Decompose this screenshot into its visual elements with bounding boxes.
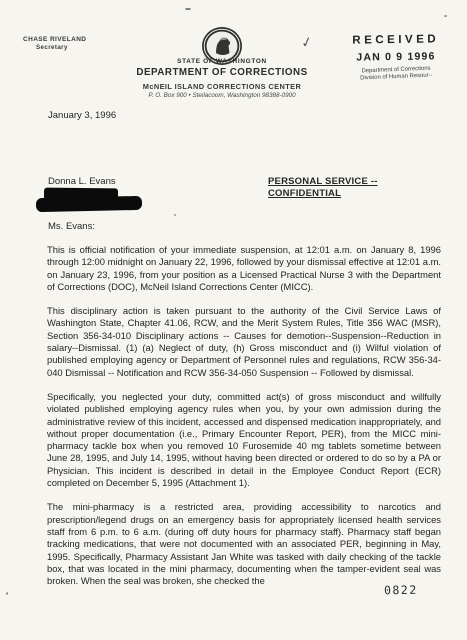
scan-speck	[6, 592, 8, 595]
facility-address: P. O. Box 900 • Steilacoom, Washington 9…	[72, 92, 372, 99]
official-title: Secretary	[23, 44, 86, 52]
salutation: Ms. Evans:	[48, 221, 95, 232]
letter-body: This is official notification of your im…	[47, 244, 441, 599]
paragraph-authority: This disciplinary action is taken pursua…	[47, 305, 441, 379]
received-stamp: RECEIVED JAN 0 9 1996 Department of Corr…	[338, 33, 455, 81]
service-label-line2: CONFIDENTIAL	[268, 188, 341, 199]
scan-speck	[185, 8, 191, 10]
scan-speck	[174, 214, 176, 216]
redacted-address-bar	[36, 196, 142, 212]
paragraph-specifics: Specifically, you neglected your duty, c…	[47, 391, 441, 489]
letterhead-official-block: CHASE RIVELAND Secretary	[23, 36, 86, 52]
received-stamp-dept: Department of Corrections Division of Hu…	[338, 65, 454, 83]
official-name: CHASE RIVELAND	[23, 36, 86, 44]
recipient-name: Donna L. Evans	[48, 176, 116, 187]
state-line: STATE OF WASHINGTON	[72, 58, 372, 65]
service-label: PERSONAL SERVICE -- CONFIDENTIAL	[268, 176, 378, 200]
scanned-letter-page: CHASE RIVELAND Secretary STATE OF WASHIN…	[0, 0, 467, 640]
letter-date: January 3, 1996	[48, 110, 116, 121]
service-label-line1: PERSONAL SERVICE --	[268, 176, 378, 187]
letterhead-center: STATE OF WASHINGTON DEPARTMENT OF CORREC…	[72, 58, 372, 99]
received-stamp-date: JAN 0 9 1996	[338, 50, 454, 64]
facility-name: McNEIL ISLAND CORRECTIONS CENTER	[72, 82, 372, 91]
paragraph-notification: This is official notification of your im…	[47, 244, 441, 293]
paragraph-mini-pharmacy: The mini-pharmacy is a restricted area, …	[47, 501, 441, 587]
checkmark-icon: ✓	[299, 33, 314, 52]
received-stamp-word: RECEIVED	[338, 33, 454, 47]
scan-speck	[321, 565, 324, 567]
page-number-stamp: 0822	[384, 583, 418, 598]
scan-speck	[444, 15, 447, 17]
department-name: DEPARTMENT OF CORRECTIONS	[72, 67, 372, 78]
